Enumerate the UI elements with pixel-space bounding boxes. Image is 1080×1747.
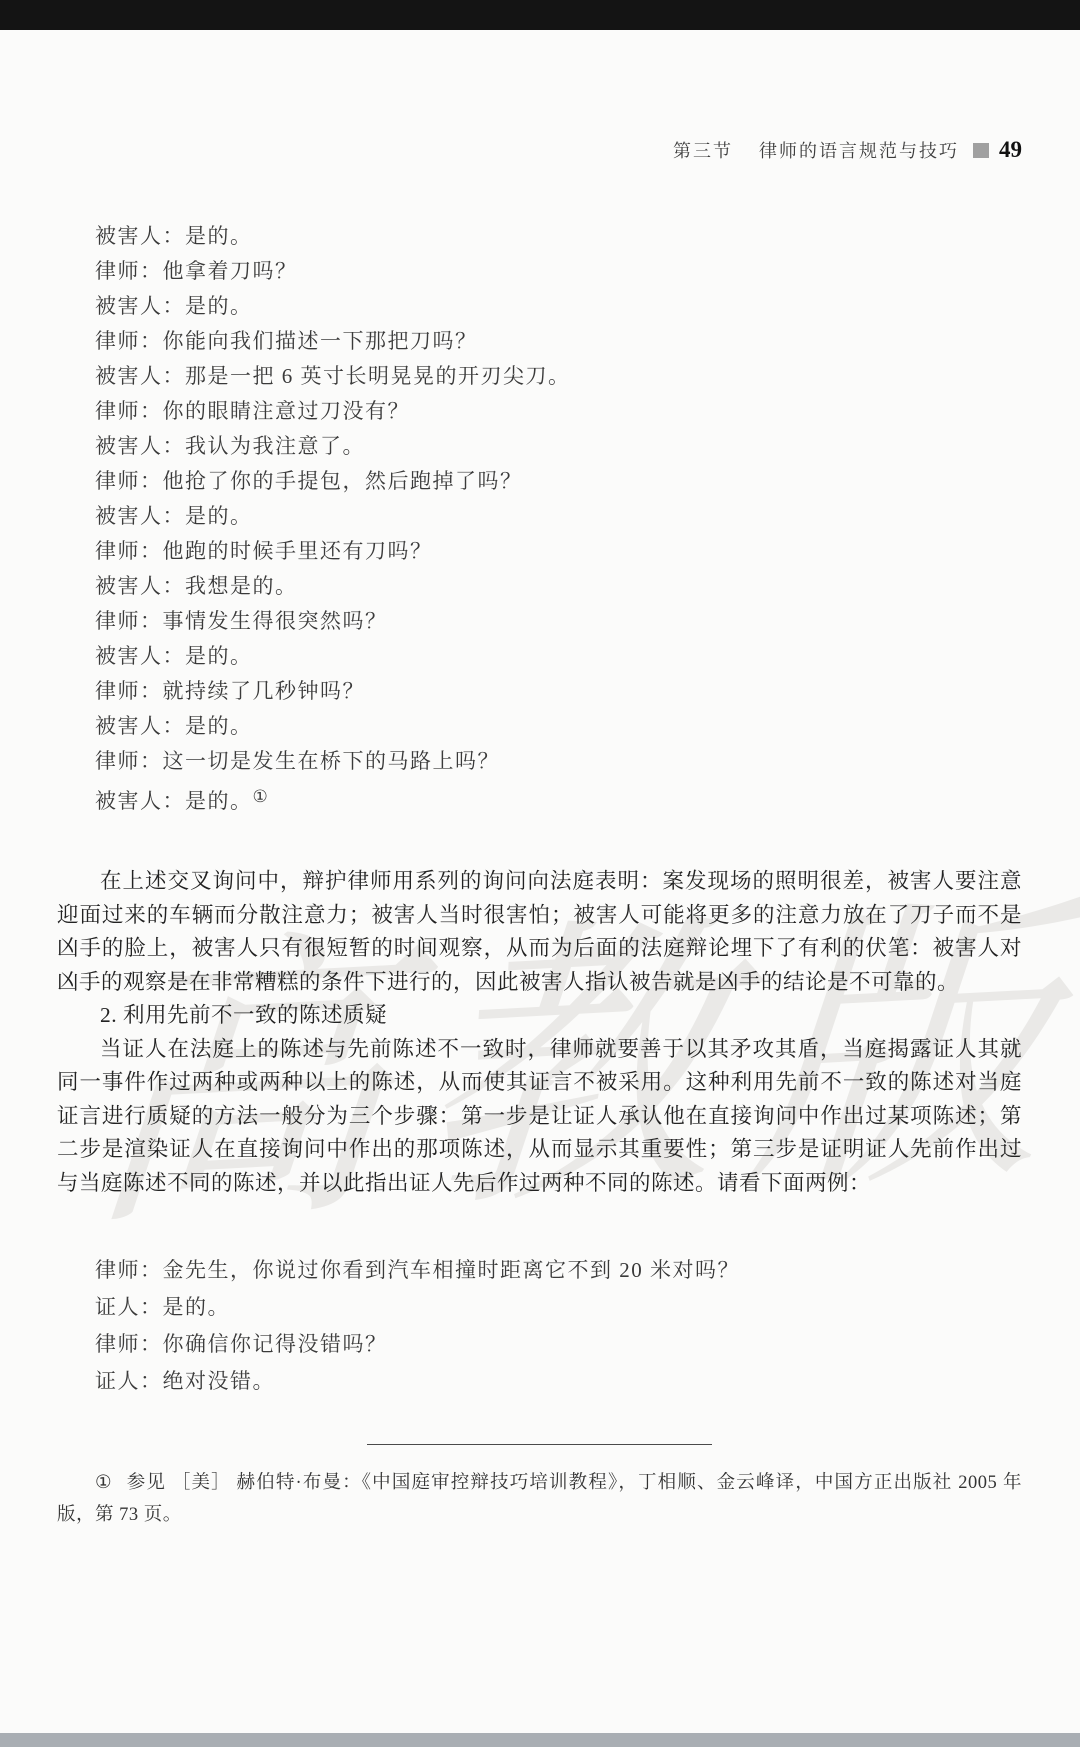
dialogue-line: 律师：事情发生得很突然吗？	[95, 604, 1022, 639]
header-chapter-title: 律师的语言规范与技巧	[759, 141, 959, 161]
scan-artifact-bottom-bar	[0, 1733, 1080, 1747]
footnote-reference-mark: ①	[253, 787, 268, 806]
cross-examination-dialogue-block: 被害人：是的。 律师：他拿着刀吗？ 被害人：是的。 律师：你能向我们描述一下那把…	[95, 219, 1022, 819]
dialogue-line: 律师：你的眼睛注意过刀没有？	[95, 394, 1022, 429]
witness-dialogue-block: 律师：金先生，你说过你看到汽车相撞时距离它不到 20 米对吗？ 证人：是的。 律…	[95, 1252, 1022, 1400]
dialogue-line: 律师：他跑的时候手里还有刀吗？	[95, 534, 1022, 569]
footnote-marker: ①	[95, 1473, 113, 1493]
dialogue-line: 律师：就持续了几秒钟吗？	[95, 674, 1022, 709]
dialogue-line: 律师：你能向我们描述一下那把刀吗？	[95, 324, 1022, 359]
header-square-marker-icon	[973, 143, 989, 158]
subsection-heading: 2. 利用先前不一致的陈述质疑	[57, 999, 1022, 1033]
page: { "header": { "section": "第三节", "title":…	[0, 0, 1080, 1747]
dialogue-line: 被害人：那是一把 6 英寸长明晃晃的开刃尖刀。	[95, 359, 1022, 394]
method-paragraph: 当证人在法庭上的陈述与先前陈述不一致时，律师就要善于以其矛攻其盾，当庭揭露证人其…	[57, 1033, 1022, 1201]
dialogue-line: 被害人：是的。	[95, 289, 1022, 324]
dialogue-line: 律师：他拿着刀吗？	[95, 254, 1022, 289]
dialogue-line: 被害人：是的。	[95, 639, 1022, 674]
dialogue-line: 律师：这一切是发生在桥下的马路上吗？	[95, 744, 1022, 779]
dialogue-line-with-footnote: 被害人：是的。①	[95, 779, 1022, 819]
dialogue-line: 被害人：我想是的。	[95, 569, 1022, 604]
dialogue-line: 证人：绝对没错。	[95, 1363, 1022, 1400]
header-section-number: 第三节	[673, 141, 733, 161]
footnote-text: 参见 ［美］ 赫伯特·布曼：《中国庭审控辩技巧培训教程》，丁相顺、金云峰译，中国…	[57, 1473, 1022, 1525]
dialogue-line: 被害人：是的。	[95, 709, 1022, 744]
dialogue-line: 被害人：我认为我注意了。	[95, 429, 1022, 464]
analysis-paragraph: 在上述交叉询问中，辩护律师用系列的询问向法庭表明：案发现场的照明很差，被害人要注…	[57, 865, 1022, 999]
dialogue-line: 律师：你确信你记得没错吗？	[95, 1326, 1022, 1363]
dialogue-line: 律师：金先生，你说过你看到汽车相撞时距离它不到 20 米对吗？	[95, 1252, 1022, 1289]
dialogue-line: 律师：他抢了你的手提包，然后跑掉了吗？	[95, 464, 1022, 499]
footnote: ①参见 ［美］ 赫伯特·布曼：《中国庭审控辩技巧培训教程》，丁相顺、金云峰译，中…	[57, 1467, 1022, 1531]
page-content: 第三节律师的语言规范与技巧49 被害人：是的。 律师：他拿着刀吗？ 被害人：是的…	[57, 0, 1022, 1531]
header-page-number: 49	[999, 137, 1022, 162]
dialogue-line: 证人：是的。	[95, 1289, 1022, 1326]
footnote-separator-rule	[367, 1444, 712, 1445]
running-header: 第三节律师的语言规范与技巧49	[57, 0, 1022, 163]
dialogue-line: 被害人：是的。	[95, 219, 1022, 254]
dialogue-line: 被害人：是的。	[95, 499, 1022, 534]
dialogue-line-text: 被害人：是的。	[95, 789, 253, 813]
